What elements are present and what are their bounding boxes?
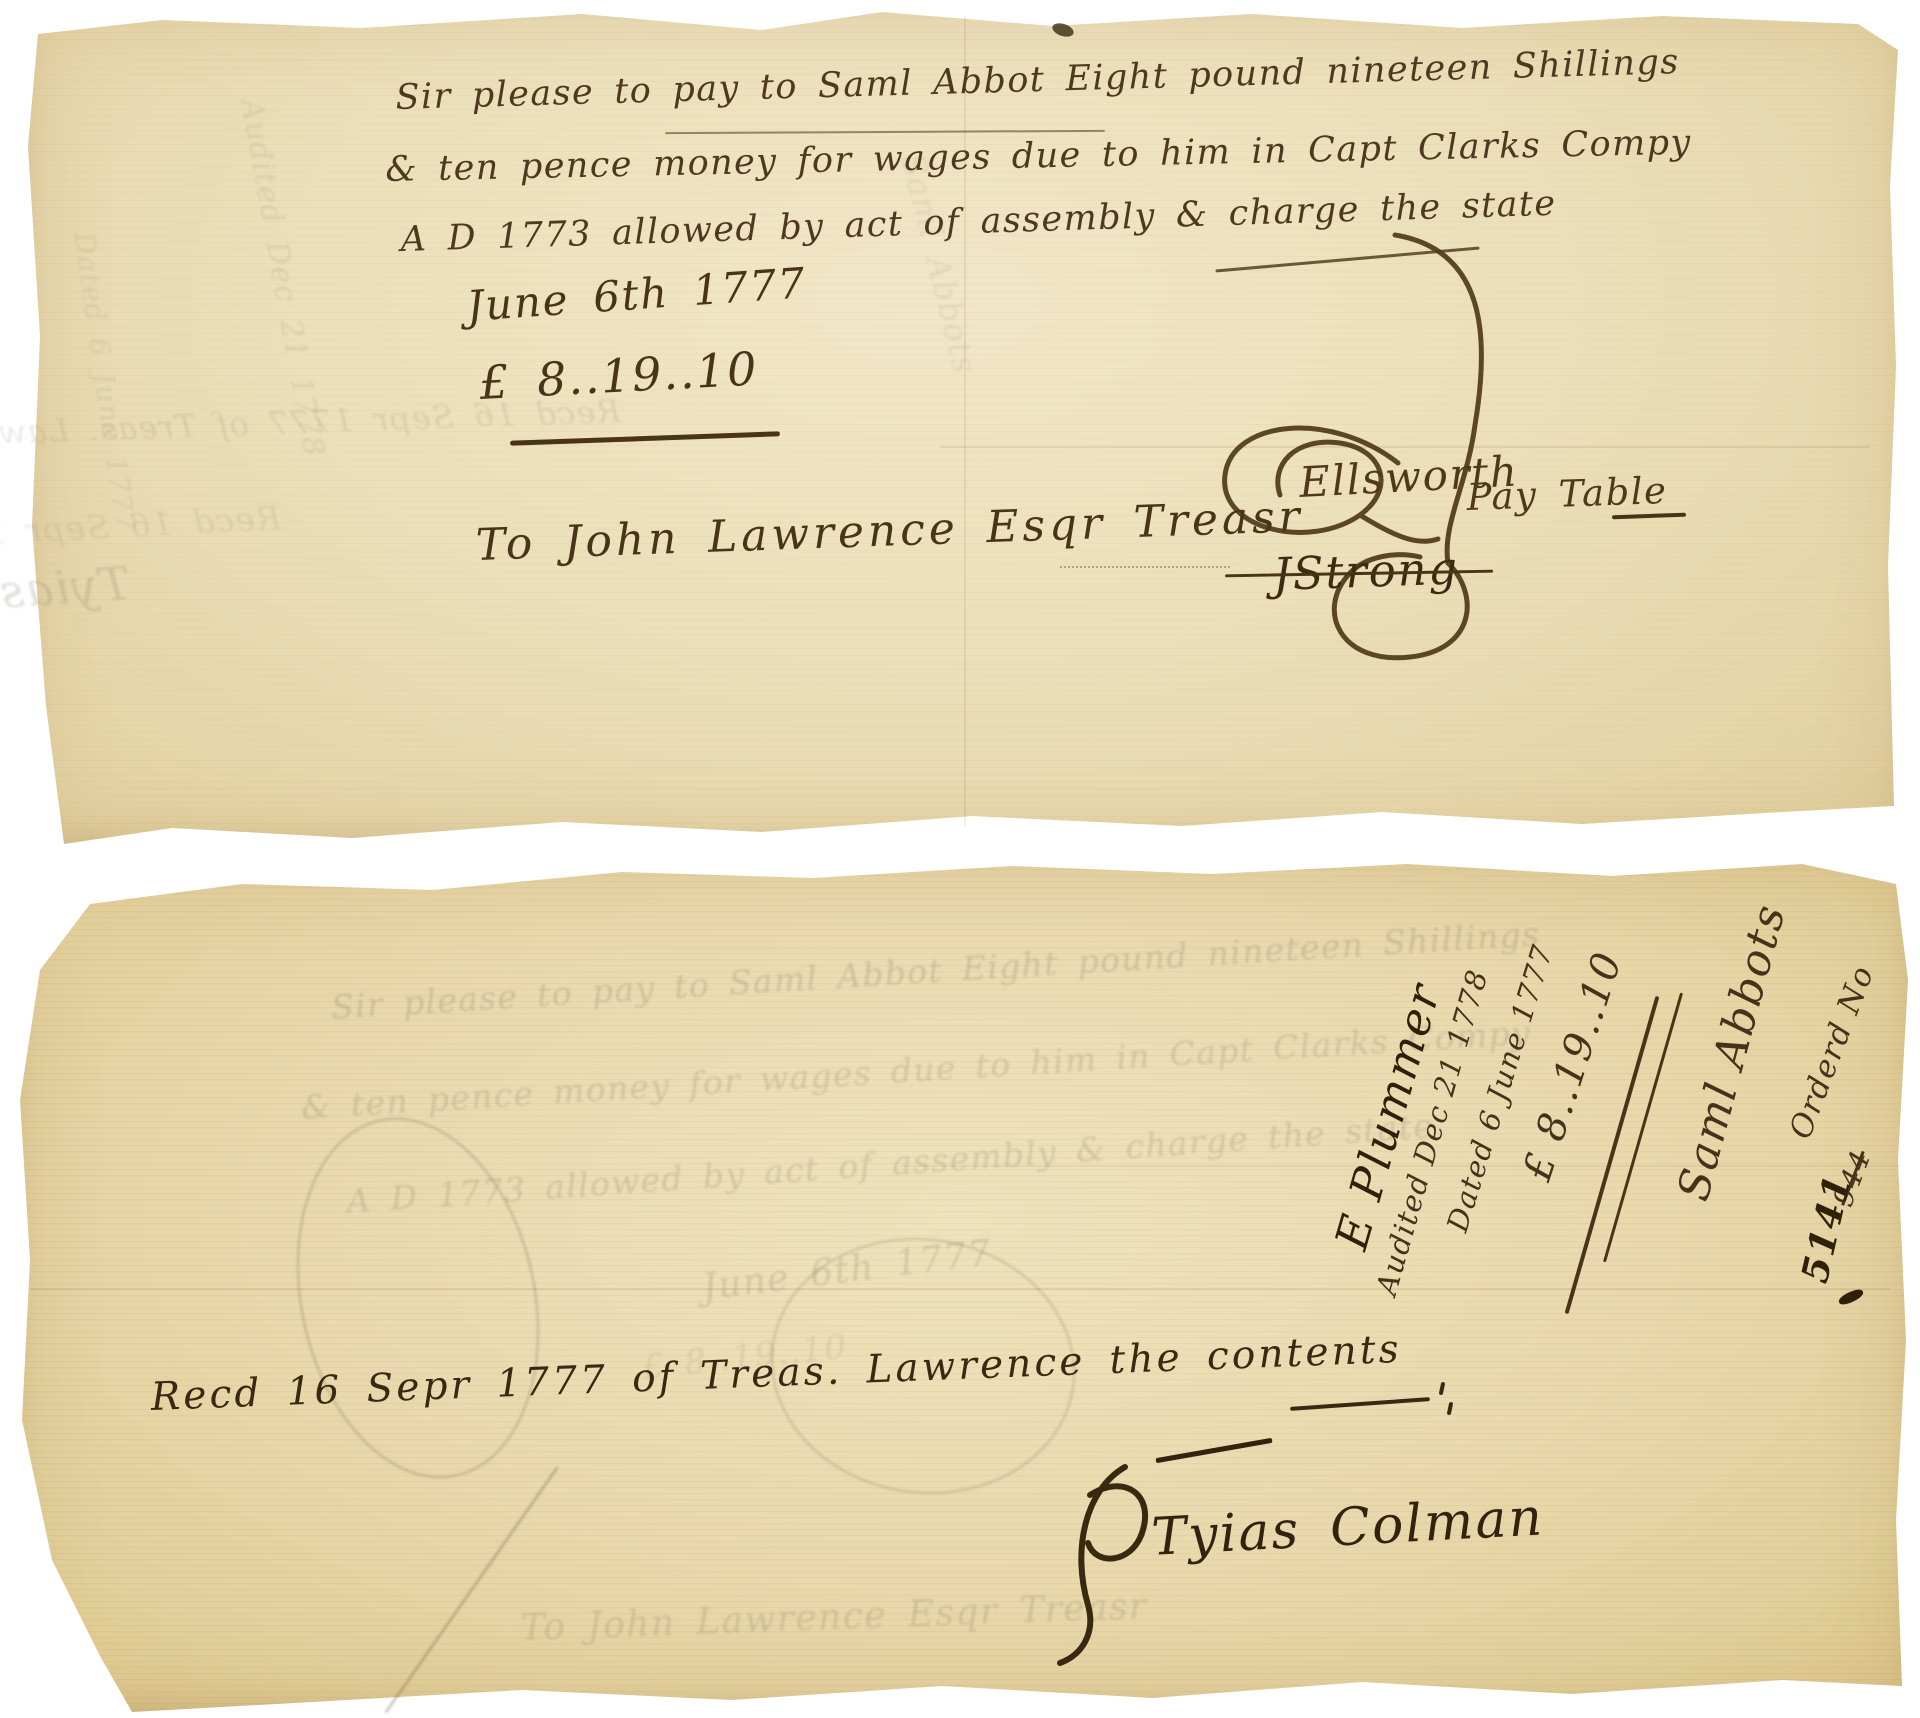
back-horizontal-crease-1 — [30, 1288, 1890, 1290]
manuscript-scan: Audited Dec 21 1778 Dated 6 June 1777 Sa… — [0, 0, 1920, 1718]
countersignature-pencil-line — [1060, 566, 1230, 568]
payment-committee-title: Pay Table — [1466, 469, 1668, 519]
signature-flourish — [1180, 195, 1520, 685]
